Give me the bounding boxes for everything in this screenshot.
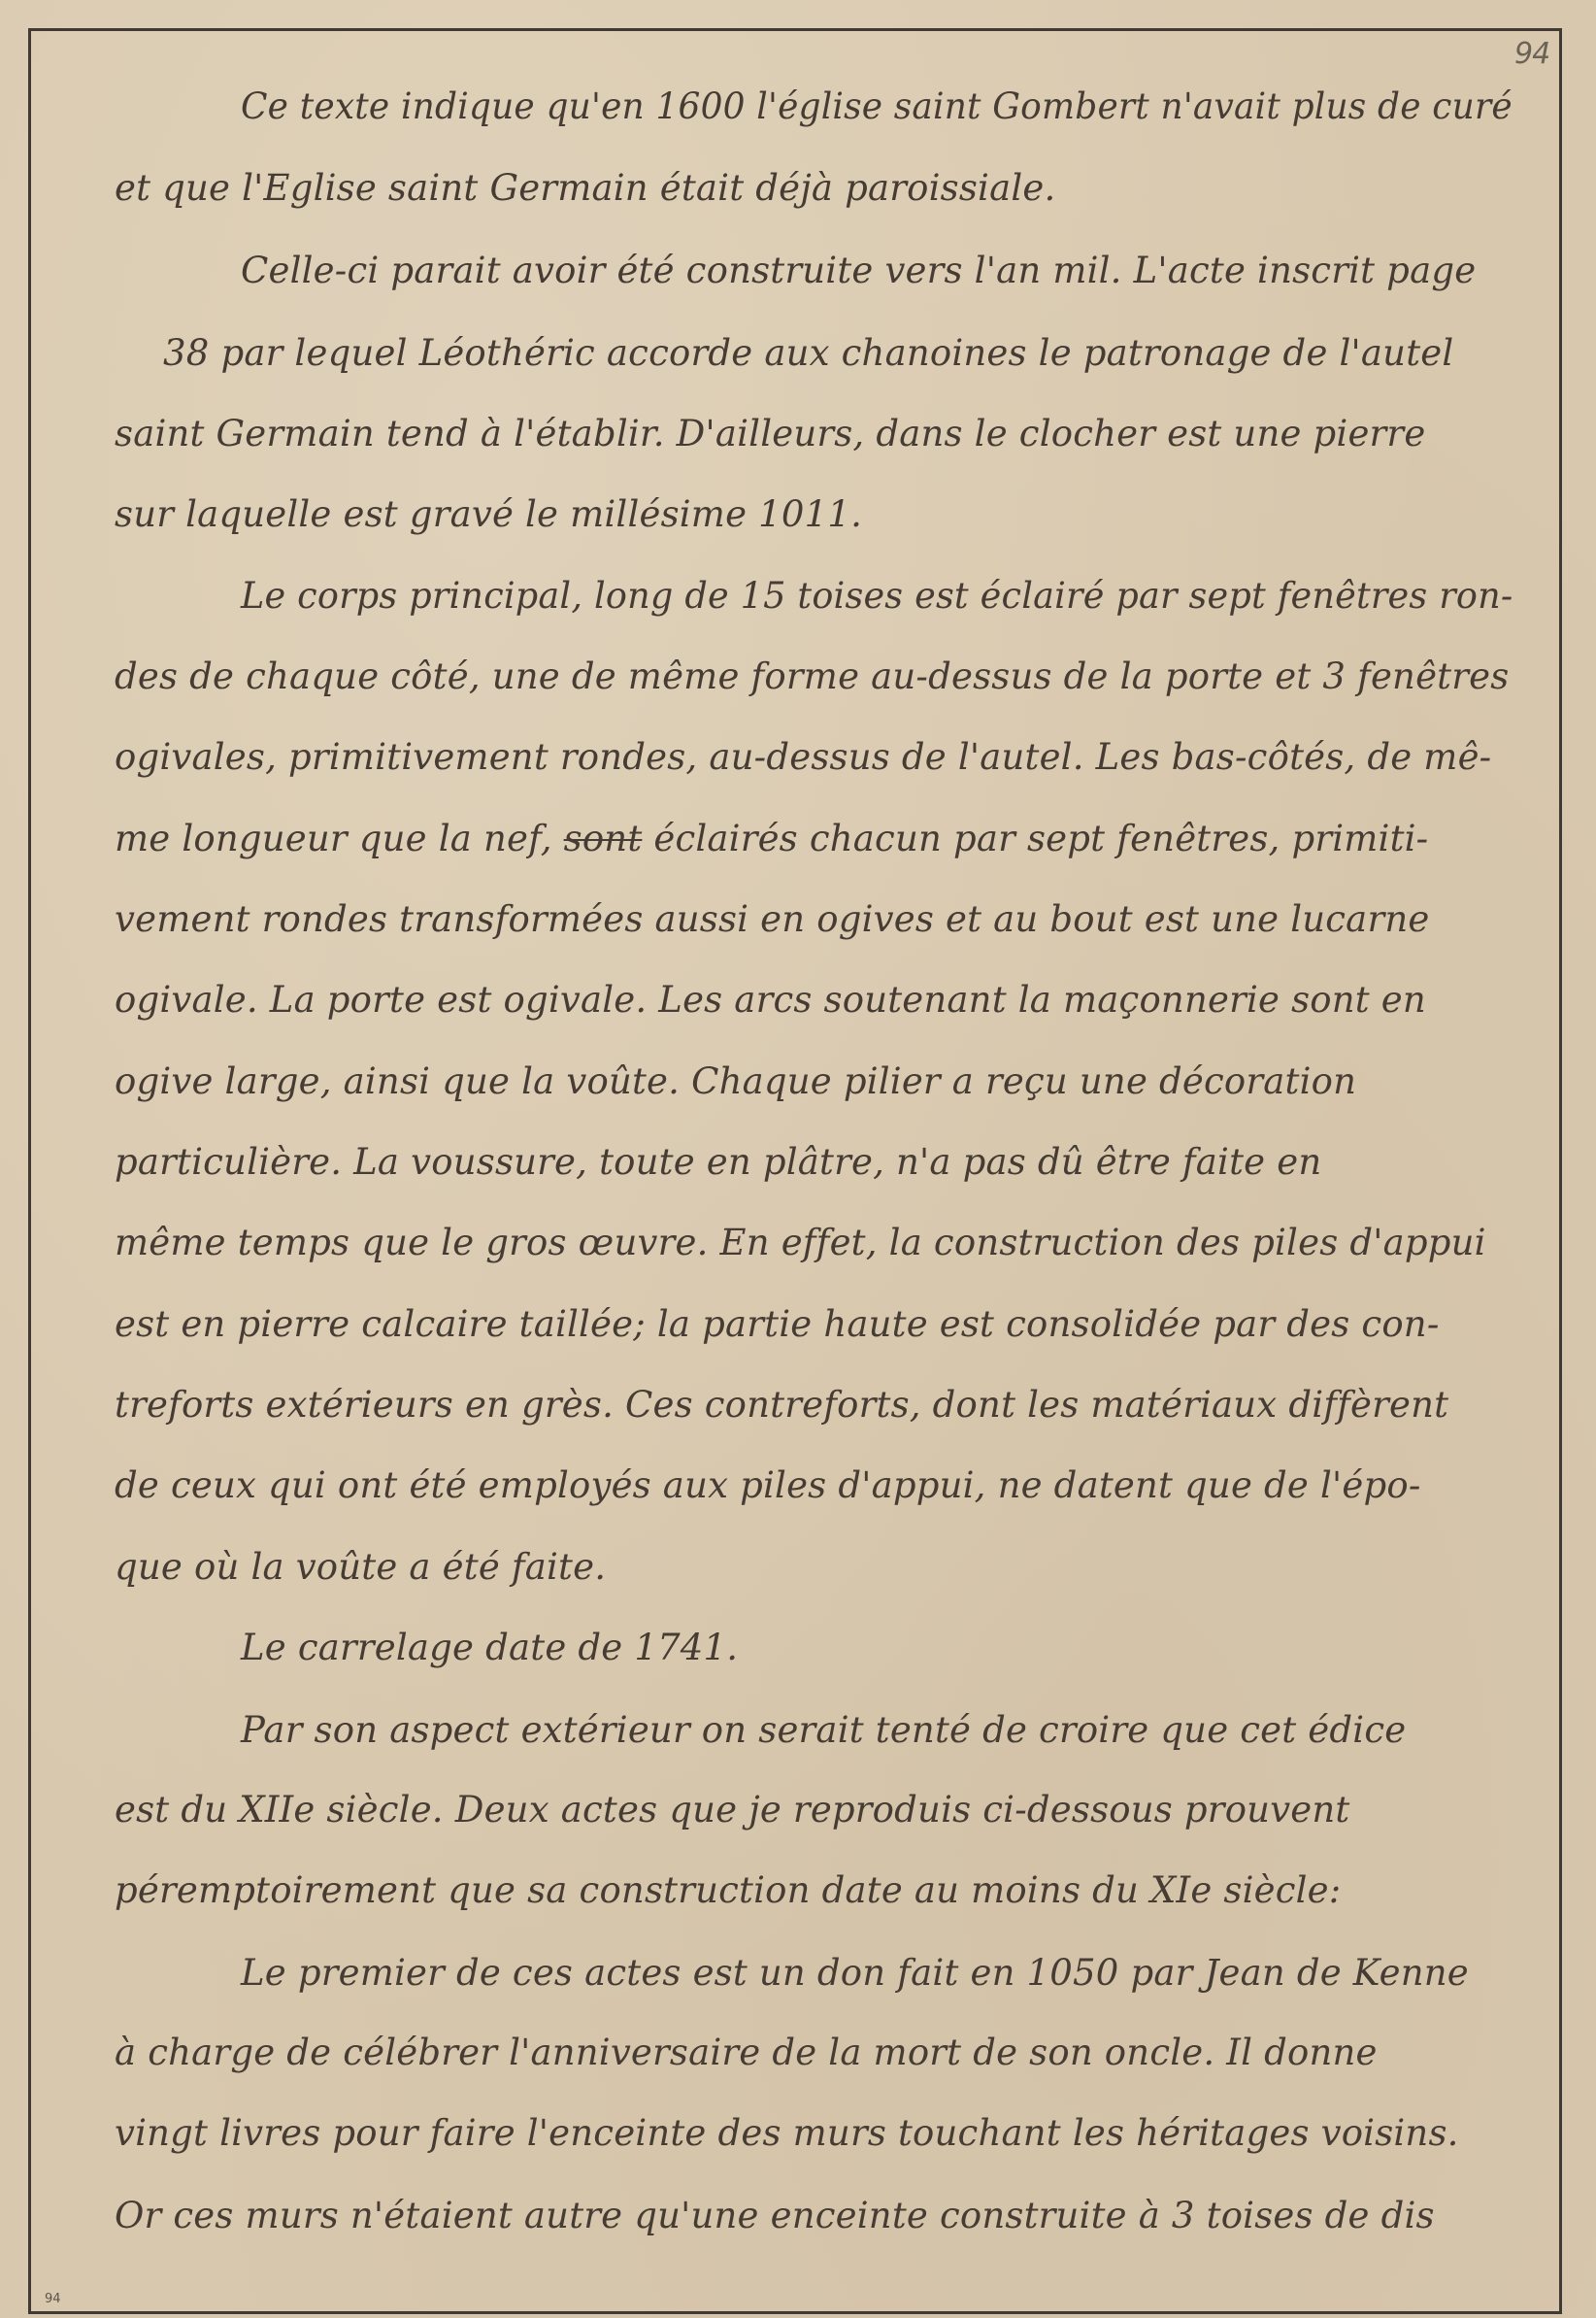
text-line: Ce texte indique qu'en 1600 l'église sai… <box>241 85 1513 127</box>
text-line: 38 par lequel Léothéric accorde aux chan… <box>163 332 1453 374</box>
text-line: des de chaque côté, une de même forme au… <box>115 655 1509 697</box>
text-line: Le premier de ces actes est un don fait … <box>241 1952 1469 1994</box>
text-line: ogivale. La porte est ogivale. Les arcs … <box>115 979 1426 1021</box>
text-line: Le corps principal, long de 15 toises es… <box>241 575 1513 617</box>
page-number-top: 94 <box>1514 37 1549 71</box>
text-fragment: éclairés chacun par sept fenêtres, primi… <box>642 818 1428 859</box>
text-line: treforts extérieurs en grès. Ces contref… <box>115 1384 1448 1426</box>
text-line: de ceux qui ont été employés aux piles d… <box>115 1464 1421 1506</box>
text-line: Par son aspect extérieur on serait tenté… <box>241 1709 1406 1751</box>
text-line: Or ces murs n'étaient autre qu'une encei… <box>115 2195 1435 2236</box>
text-line: même temps que le gros œuvre. En effet, … <box>115 1222 1486 1263</box>
text-line: me longueur que la nef, sont éclairés ch… <box>115 818 1428 859</box>
page-number-bottom: 94 <box>45 2292 61 2306</box>
text-line: vement rondes transformées aussi en ogiv… <box>115 898 1429 940</box>
text-line: sur laquelle est gravé le millésime 1011… <box>115 493 862 535</box>
text-line: est en pierre calcaire taillée; la parti… <box>115 1303 1440 1345</box>
text-line: est du XIIe siècle. Deux actes que je re… <box>115 1789 1350 1831</box>
text-line: saint Germain tend à l'établir. D'ailleu… <box>115 413 1425 454</box>
text-line: et que l'Eglise saint Germain était déjà… <box>115 167 1055 209</box>
text-line: ogive large, ainsi que la voûte. Chaque … <box>115 1060 1356 1102</box>
text-line: ogivales, primitivement rondes, au-dessu… <box>115 736 1491 778</box>
text-line: vingt livres pour faire l'enceinte des m… <box>115 2112 1459 2154</box>
text-fragment: me longueur que la nef, <box>115 818 564 859</box>
text-line: Celle-ci parait avoir été construite ver… <box>241 250 1476 291</box>
text-line: particulière. La voussure, toute en plât… <box>115 1141 1321 1183</box>
struck-out-word: sont <box>564 818 643 859</box>
text-line: que où la voûte a été faite. <box>115 1546 606 1588</box>
text-line: Le carrelage date de 1741. <box>241 1627 738 1668</box>
text-line: péremptoirement que sa construction date… <box>115 1869 1341 1911</box>
text-line: à charge de célébrer l'anniversaire de l… <box>115 2032 1378 2073</box>
